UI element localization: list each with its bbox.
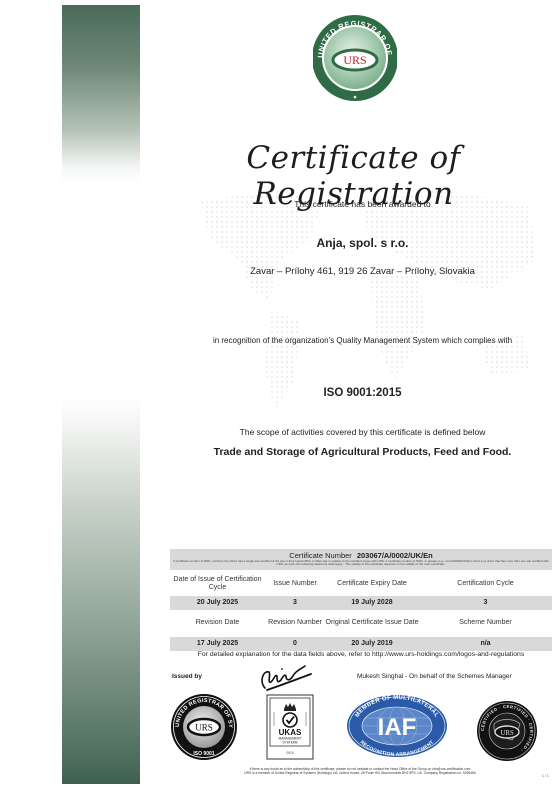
svg-text:URS: URS xyxy=(500,729,514,737)
ukas-badge: UKAS MANAGEMENT SYSTEMS 0015 xyxy=(266,694,314,760)
awarded-to-label: This certificate has been awarded to xyxy=(168,199,557,209)
value-issue-number: 3 xyxy=(265,599,325,608)
issued-by-label: Issued by xyxy=(172,673,202,680)
header-issue-number: Issue Number xyxy=(265,580,325,589)
header-original-issue-date: Original Certificate Issue Date xyxy=(325,619,419,628)
value-revision-date: 17 July 2025 xyxy=(170,640,265,649)
data-fields-explanation: For detailed explanation for the data fi… xyxy=(170,651,552,658)
certificate-number-band: Certificate Number203067/A/0002/UK/En A … xyxy=(170,549,552,570)
header-certification-cycle: Certification Cycle xyxy=(419,580,552,589)
signatory-name: Mukesh Singhal - On behalf of the Scheme… xyxy=(357,673,512,680)
value-revision-number: 0 xyxy=(265,640,325,649)
value-scheme-number: n/a xyxy=(419,640,552,649)
table-row: 17 July 2025 0 20 July 2019 n/a xyxy=(170,637,552,651)
scope-label: The scope of activities covered by this … xyxy=(168,427,557,437)
svg-text:IAF: IAF xyxy=(378,714,417,741)
scope-activities: Trade and Storage of Agricultural Produc… xyxy=(168,446,557,458)
page-number: 1 / 1 xyxy=(542,774,549,778)
signature-image xyxy=(255,660,315,694)
urs-iso9001-badge: UNITED REGISTRAR OF SYSTEMS URS ISO 9001 xyxy=(170,693,238,761)
company-name: Anja, spol. s r.o. xyxy=(168,236,557,250)
recognition-text: in recognition of the organization’s Qua… xyxy=(168,336,557,345)
header-scheme-number: Scheme Number xyxy=(419,619,552,628)
svg-text:SYSTEMS: SYSTEMS xyxy=(282,741,297,745)
world-map-watermark xyxy=(180,180,550,420)
certificate-fine-print: A certificate number of 0001, confirms t… xyxy=(172,560,550,567)
table-row: 20 July 2025 3 19 July 2028 3 xyxy=(170,596,552,610)
urs-logo: UNITED REGISTRAR OF SYSTEMS URS xyxy=(313,12,397,108)
iaf-mla-badge: IAF MEMBER OF MULTILATERAL RECOGNITION A… xyxy=(346,694,448,758)
svg-text:ISO 9001: ISO 9001 xyxy=(193,751,214,757)
value-expiry-date: 19 July 2028 xyxy=(325,599,419,608)
company-address: Zavar – Prílohy 461, 919 26 Zavar – Príl… xyxy=(168,266,557,277)
decorative-side-bar xyxy=(62,5,140,784)
svg-text:0015: 0015 xyxy=(286,751,293,755)
footer-line-2: URS is a member of United Registrar of S… xyxy=(200,771,520,775)
header-revision-number: Revision Number xyxy=(265,619,325,628)
header-expiry-date: Certificate Expiry Date xyxy=(325,580,419,589)
table-header-row: Date of Issue of Certification Cycle Iss… xyxy=(170,572,552,596)
certificate-details-table: Date of Issue of Certification Cycle Iss… xyxy=(170,572,552,651)
authenticity-footer: If there is any doubt as to the authenti… xyxy=(200,767,520,775)
value-issue-date: 20 July 2025 xyxy=(170,599,265,608)
certified-seal: CERTIFIED · CERTIFIED · CERTIFIED · URS xyxy=(476,700,538,762)
standard-name: ISO 9001:2015 xyxy=(168,387,557,399)
value-original-issue-date: 20 July 2019 xyxy=(325,640,419,649)
table-header-row: Revision Date Revision Number Original C… xyxy=(170,610,552,637)
header-revision-date: Revision Date xyxy=(170,619,265,628)
urs-logo-text: URS xyxy=(343,53,366,67)
header-issue-date: Date of Issue of Certification Cycle xyxy=(170,576,265,593)
svg-text:URS: URS xyxy=(195,723,213,733)
value-certification-cycle: 3 xyxy=(419,599,552,608)
